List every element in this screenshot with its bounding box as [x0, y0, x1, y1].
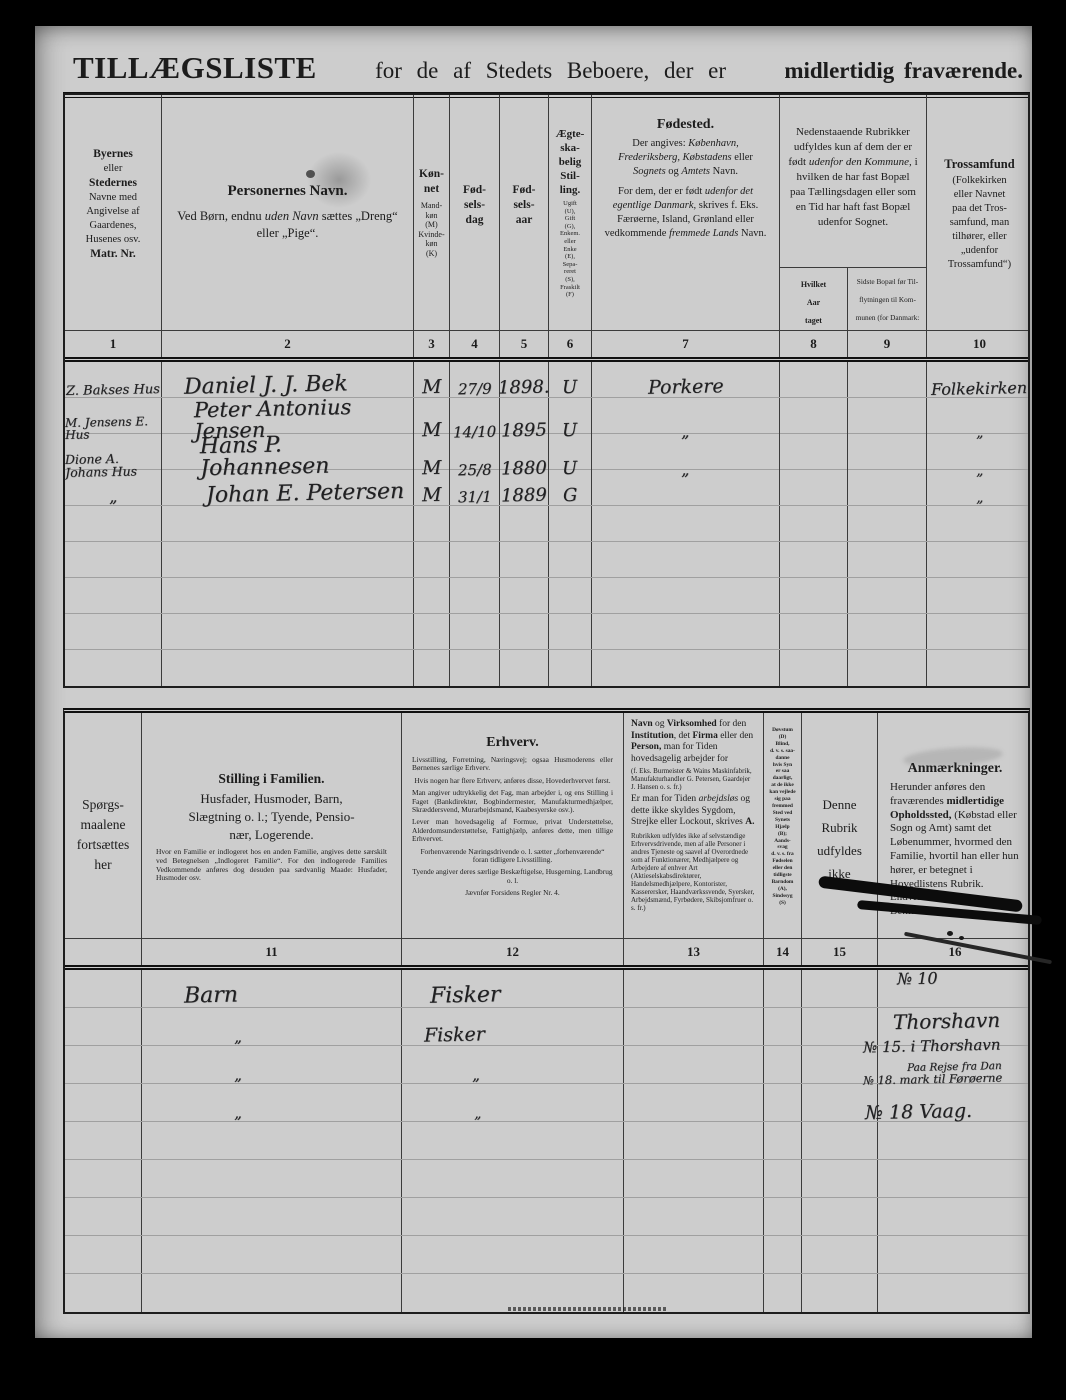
col7-p1: Der angives: — [632, 138, 688, 149]
col14-small: Døvstum (D) Blind, d. v. s. saa- danne h… — [764, 727, 801, 907]
empty-row — [65, 1122, 1028, 1160]
col13-p2b: arbejdsløs — [699, 794, 739, 804]
scan-border-bottom — [0, 1338, 1066, 1400]
col15-text: Denne Rubrik udfyldes ikke — [802, 793, 877, 885]
entry-family-position: Barn — [184, 984, 238, 1007]
col5-title: Fød- sels- aar — [500, 183, 548, 228]
entry-place-ditto: „ — [109, 489, 118, 505]
col3-sub: Mand- køn (M) Kvinde- køn (K) — [414, 201, 449, 258]
col9-subheader: Sidste Bopæl før Til- flytningen til Kom… — [848, 268, 927, 330]
col7-header: Fødested. Der angives: København, Freder… — [592, 95, 780, 330]
entry-marital: G — [563, 487, 578, 505]
col7-p2d: fremmede Lands — [669, 228, 738, 239]
upper-table: Byernes eller Stedernes Navne med Angive… — [63, 93, 1030, 688]
ink-dot-b — [959, 936, 964, 940]
entry-occupation: Fisker — [424, 1025, 485, 1045]
col3-title: Køn- net — [414, 167, 449, 197]
col12-p6: Tyende angiver deres særlige Beskæftigel… — [412, 868, 613, 885]
empty-row — [65, 1236, 1028, 1274]
empty-row — [65, 506, 1028, 542]
entry-birthplace-ditto: „ — [681, 462, 690, 478]
col1-lines: Navne med Angivelse af Gaardenes, Husene… — [65, 191, 161, 247]
entry-family-position-ditto: „ — [234, 1106, 242, 1121]
col89-italic: udenfor den Kommune, — [809, 156, 912, 168]
entry-name: Hans P. Johannesen — [200, 432, 414, 480]
col13-header: Navn og Virksomhed for den Institution, … — [624, 713, 764, 938]
entry-sex: M — [422, 421, 442, 440]
col1-header: Byernes eller Stedernes Navne med Angive… — [65, 95, 162, 330]
entry-sex: M — [422, 486, 442, 505]
col-number-3: 3 — [414, 331, 450, 357]
col7-p1f: Amtets — [681, 166, 710, 177]
col-number-8: 8 — [780, 331, 848, 357]
scan-border-left — [0, 0, 35, 1400]
entry-birthday: 25/8 — [458, 463, 492, 479]
entry-place: M. Jensens E. Hus — [65, 415, 161, 441]
entry-religion-ditto: „ — [976, 491, 984, 505]
entry-place: Z. Bakses Hus — [66, 383, 160, 398]
col7-p1d: Sognets — [633, 166, 666, 177]
col2-sub: Ved Børn, endnu — [177, 209, 265, 223]
col4-title: Fød- sels- dag — [450, 183, 499, 228]
col-number-4: 4 — [450, 331, 500, 357]
entry-religion: Folkekirken — [931, 380, 1027, 398]
ink-dot-a — [947, 931, 953, 936]
title-middle-text: for de af Stedets Beboere, der er — [375, 58, 726, 84]
col3-header: Køn- net Mand- køn (M) Kvinde- køn (K) — [414, 95, 450, 330]
empty-row — [65, 1198, 1028, 1236]
col13-p2d: A. — [745, 817, 754, 827]
col-number-1: 1 — [65, 331, 162, 357]
entry-family-position-ditto: „ — [234, 1068, 242, 1083]
col1-line: eller — [65, 162, 161, 176]
col-number-15: 15 — [802, 939, 878, 965]
col8-9-header: Nedenstaaende Rubrikker udfyldes kun af … — [780, 95, 927, 330]
col12-p1: Livsstilling, Forretning, Næringsvej; og… — [412, 756, 613, 773]
col13-n4: eller den — [718, 731, 753, 741]
col-number-12: 12 — [402, 939, 624, 965]
entry-name: Johan E. Petersen — [206, 481, 405, 507]
col13-n1: og — [653, 719, 667, 729]
col1-bold2: Stedernes — [65, 176, 161, 191]
col10-title: Trossamfund — [927, 157, 1032, 172]
col12-title: Erhverv. — [412, 735, 613, 751]
table-row: Barn Fisker — [65, 970, 1028, 1008]
col-number-7: 7 — [592, 331, 780, 357]
col-number-2: 2 — [162, 331, 414, 357]
table-row: Z. Bakses Hus Daniel J. J. Bek M 27/9 18… — [65, 362, 1028, 398]
remark-thorshavn: Thorshavn — [893, 1010, 1000, 1032]
col7-p1c: eller — [732, 152, 753, 163]
remark-number: № 10 — [897, 971, 938, 988]
entry-sex: M — [422, 378, 442, 397]
col11-main: Husfader, Husmoder, Barn, Slægtning o. l… — [156, 790, 387, 844]
col10-sub: (Folkekirken eller Navnet paa det Tros- … — [927, 174, 1032, 272]
col-number-14: 14 — [764, 939, 802, 965]
entry-birthplace-ditto: „ — [681, 424, 690, 440]
entry-marital: U — [562, 379, 578, 397]
empty-row — [65, 614, 1028, 650]
col-number-5: 5 — [500, 331, 549, 357]
col5-header: Fød- sels- aar — [500, 95, 549, 330]
col1-bold1: Byernes — [65, 147, 161, 162]
remark-nr15-thorshavn: № 15. i Thorshavn — [863, 1038, 1001, 1056]
upper-table-header: Byernes eller Stedernes Navne med Angive… — [65, 95, 1028, 330]
remark-nr18-vaag: № 18 Vaag. — [865, 1102, 972, 1123]
empty-row — [65, 650, 1028, 686]
col13-b3: Institution — [631, 731, 674, 741]
title-word-tillaegsliste: TILLÆGSLISTE — [73, 50, 317, 86]
entry-occupation: Fisker — [430, 984, 501, 1007]
col13-b1: Navn — [631, 719, 653, 729]
col10-header: Trossamfund (Folkekirken eller Navnet pa… — [927, 95, 1032, 330]
lower-column-numbers: 11 12 13 14 15 16 — [65, 938, 1028, 970]
entry-birthday: 27/9 — [458, 382, 492, 398]
remark-journey-line2: № 18. mark til Førøerne — [863, 1073, 1002, 1087]
col-number-11: 11 — [142, 939, 402, 965]
col12-header: Erhverv. Livsstilling, Forretning, Nærin… — [402, 713, 624, 938]
entry-occupation-ditto: „ — [474, 1107, 482, 1121]
col2-title: Personernes Navn. — [176, 183, 399, 200]
col7-p1g: Navn. — [710, 166, 738, 177]
empty-row — [65, 542, 1028, 578]
table-row: M. Jensens E. Hus Peter Antonius Jensen … — [65, 398, 1028, 434]
col13-small2: Rubrikken udfyldes ikke af selvstændige … — [631, 832, 756, 912]
upper-column-numbers: 1 2 3 4 5 6 7 8 9 10 — [65, 330, 1028, 362]
col13-b4: Firma — [693, 731, 718, 741]
col12-p5: Forhenværende Næringsdrivende o. l. sætt… — [412, 848, 613, 865]
page-title: TILLÆGSLISTE for de af Stedets Beboere, … — [73, 50, 1023, 86]
col2-sub-italic: uden Navn — [265, 209, 319, 223]
continuation-label: Spørgs- maalene fortsættes her — [65, 713, 142, 938]
empty-row — [65, 1160, 1028, 1198]
col8-subheader: Hvilket Aar taget Bopæl i Kommunen? — [780, 268, 848, 330]
col11-header: Stilling i Familien. Husfader, Husmoder,… — [142, 713, 402, 938]
entry-religion-ditto: „ — [976, 426, 984, 440]
col-number-9: 9 — [848, 331, 927, 357]
col1-matrnr: Matr. Nr. — [65, 247, 161, 262]
col7-title: Fødested. — [604, 117, 767, 133]
col-number-6: 6 — [549, 331, 592, 357]
document-page: TILLÆGSLISTE for de af Stedets Beboere, … — [35, 26, 1032, 1338]
entry-place: Dione A. Johans Hus — [65, 452, 162, 479]
col12-p3: Man angiver udtrykkelig det Fag, man arb… — [412, 789, 613, 814]
col13-n3: , det — [674, 731, 693, 741]
col13-n2: for den — [717, 719, 747, 729]
col6-header: Ægte- ska- belig Stil- ling. Ugift (U), … — [549, 95, 592, 330]
entry-birthyear: 1880 — [501, 460, 547, 479]
col14-header: Døvstum (D) Blind, d. v. s. saa- danne h… — [764, 713, 802, 938]
entry-birthyear: 1889 — [501, 487, 547, 506]
lower-table: Spørgs- maalene fortsættes her Stilling … — [63, 708, 1030, 1314]
entry-marital: U — [562, 460, 578, 478]
col-number-spacer — [65, 939, 142, 965]
scan-tab-top — [205, 0, 224, 28]
scan-border-right — [1032, 0, 1066, 1400]
col12-p7: Jævnfør Forsidens Regler Nr. 4. — [412, 889, 613, 897]
col2-header: Personernes Navn. Ved Børn, endnu uden N… — [162, 95, 414, 330]
col13-b2: Virksomhed — [667, 719, 717, 729]
entry-birthday: 14/10 — [453, 425, 497, 441]
col4-header: Fød- sels- dag — [450, 95, 500, 330]
col13-b5: Person, — [631, 742, 661, 752]
col12-p2: Hvis nogen har flere Erhverv, anføres di… — [412, 777, 613, 785]
col6-sub: Ugift (U), Gift (G), Enkem. eller Enke (… — [549, 200, 591, 299]
entry-sex: M — [422, 459, 442, 478]
entry-birthday: 31/1 — [458, 490, 492, 506]
empty-row — [65, 578, 1028, 614]
col-number-13: 13 — [624, 939, 764, 965]
printer-imprint — [508, 1307, 668, 1311]
col6-title: Ægte- ska- belig Stil- ling. — [549, 127, 591, 197]
col7-p1e: og — [666, 166, 682, 177]
title-bold-end: midlertidig fraværende. — [784, 58, 1023, 84]
col13-small1: (f. Eks. Burmeister & Wains Maskinfabrik… — [631, 767, 756, 791]
col11-title: Stilling i Familien. — [156, 771, 387, 787]
entry-birthyear: 1895 — [501, 422, 547, 441]
col7-p2e: Navn. — [738, 228, 766, 239]
col7-p2: For dem, der er født — [618, 186, 705, 197]
entry-birthyear: 1898. — [498, 378, 550, 397]
col13-p2a: Er man for Tiden — [631, 794, 699, 804]
entry-birthplace: Porkere — [647, 377, 723, 398]
entry-family-position-ditto: „ — [234, 1030, 242, 1045]
entry-religion-ditto: „ — [976, 464, 984, 478]
entry-occupation-ditto: „ — [472, 1068, 480, 1083]
col-number-10: 10 — [927, 331, 1032, 357]
col12-p4: Lever man hovedsagelig af Formue, privat… — [412, 818, 613, 843]
entry-marital: U — [562, 422, 578, 440]
col11-small: Hvor en Familie er indlogeret hos en and… — [156, 848, 387, 883]
